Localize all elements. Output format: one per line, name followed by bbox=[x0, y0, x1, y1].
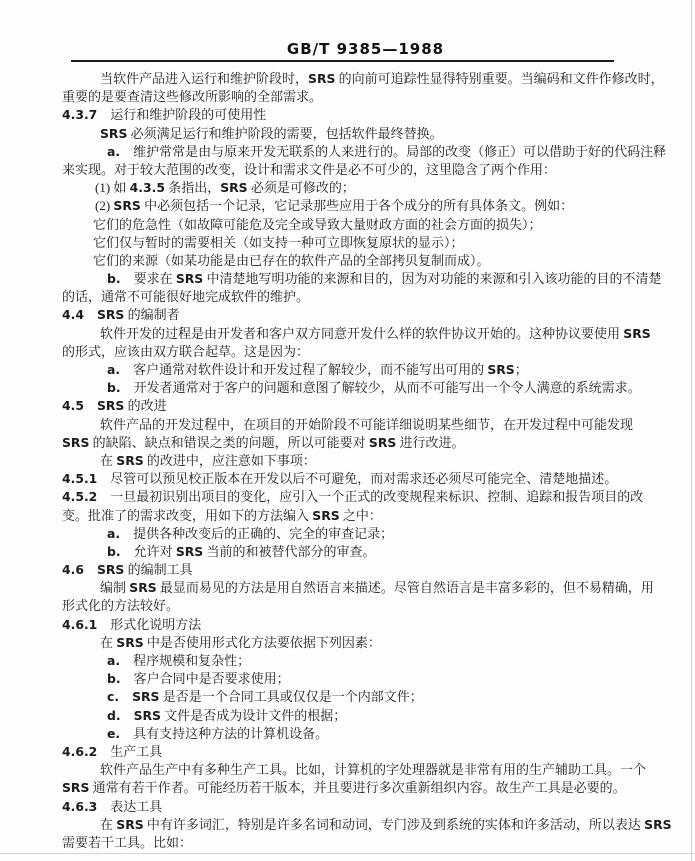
bold-text-run: a. bbox=[107, 362, 120, 377]
bold-text-run: SRS bbox=[369, 435, 396, 450]
text-line: 软件产品的开发过程中，在项目的开始阶段不可能详细说明某些细节，在开发过程中可能发… bbox=[62, 416, 622, 434]
text-run bbox=[121, 708, 134, 723]
text-line: 4.3.7 运行和维护阶段的可使用性 bbox=[62, 106, 622, 124]
text-line: (2) SRS 中必须包括一个记录，它记录那些应用于各个成分的所有具体条文。例如… bbox=[62, 197, 622, 215]
text-line: a. 程序规模和复杂性； bbox=[62, 652, 622, 670]
text-line: 它们的危急性（如故障可能危及完全或导致大量财政方面的社会方面的损失）； bbox=[62, 216, 622, 234]
header-divider-rule bbox=[71, 60, 614, 62]
text-run: 它们的危急性（如故障可能危及完全或导致大量财政方面的社会方面的损失）； bbox=[93, 217, 542, 232]
bold-text-run: SRS bbox=[487, 362, 514, 377]
bold-text-run: 4.6.2 bbox=[62, 744, 97, 759]
text-line: SRS 的缺陷、缺点和错误之类的问题，所以可能要对 SRS 进行改进。 bbox=[62, 434, 622, 452]
bold-text-run: 4.6.1 bbox=[62, 617, 97, 632]
text-line: c. SRS 是否是一个合同工具或仅仅是一个内部文件； bbox=[62, 688, 622, 706]
bold-text-run: SRS bbox=[62, 435, 89, 450]
text-run: 需要若干工具。比如： bbox=[62, 835, 192, 850]
text-run: 的形式，应该由双方联合起草。这是因为： bbox=[62, 344, 309, 359]
text-line: 的形式，应该由双方联合起草。这是因为： bbox=[62, 343, 622, 361]
text-run: 形式化说明方法 bbox=[97, 617, 201, 632]
text-line: 4.6.1 形式化说明方法 bbox=[62, 616, 622, 634]
text-line: e. 具有支持这种方法的计算机设备。 bbox=[62, 725, 622, 743]
bold-text-run: SRS bbox=[100, 126, 127, 141]
bold-text-run: 4.3.5 bbox=[130, 180, 165, 195]
text-run bbox=[84, 307, 97, 322]
text-run: 软件产品的开发过程中，在项目的开始阶段不可能详细说明某些细节，在开发过程中可能发… bbox=[100, 417, 633, 432]
text-line: SRS 必须满足运行和维护阶段的需要，包括软件最终替换。 bbox=[62, 125, 622, 143]
bold-text-run: SRS bbox=[62, 780, 89, 795]
text-run: ； bbox=[515, 362, 528, 377]
bold-text-run: 4.5.2 bbox=[62, 489, 97, 504]
text-run bbox=[119, 689, 132, 704]
text-run: 一旦最初识别出项目的变化，应引入一个正式的改变规程来标识、控制、追踪和报告项目的… bbox=[97, 489, 643, 504]
text-line: 4.5 SRS 的改进 bbox=[62, 397, 622, 415]
bold-text-run: SRS bbox=[116, 453, 143, 468]
bold-text-run: b. bbox=[107, 544, 121, 559]
text-run: 当前的和被替代部分的审查。 bbox=[203, 544, 375, 559]
text-run: 尽管可以预见校正版本在开发以后不可避免，而对需求还必须尽可能完全、清楚地描述。 bbox=[97, 471, 617, 486]
text-run: 在 bbox=[100, 817, 116, 832]
bold-text-run: SRS bbox=[176, 544, 203, 559]
text-run: 中必须包括一个记录，它记录那些应用于各个成分的所有具体条文。例如： bbox=[141, 198, 573, 213]
text-run: 的改进 bbox=[124, 398, 166, 413]
text-run: 的缺陷、缺点和错误之类的问题，所以可能要对 bbox=[89, 435, 369, 450]
text-line: b. 开发者通常对于客户的问题和意图了解较少，从而不可能写出一个令人满意的系统需… bbox=[62, 379, 622, 397]
text-run: 中有许多词汇，特别是许多名词和动词，专门涉及到系统的实体和许多活动，所以表达 bbox=[144, 817, 645, 832]
text-run: 形式化的方法较好。 bbox=[62, 598, 179, 613]
bold-text-run: e. bbox=[107, 726, 120, 741]
text-line: 4.5.2 一旦最初识别出项目的变化，应引入一个正式的改变规程来标识、控制、追踪… bbox=[62, 488, 622, 506]
bold-text-run: 4.5 bbox=[62, 398, 84, 413]
bold-text-run: SRS bbox=[644, 817, 671, 832]
bold-text-run: SRS bbox=[176, 271, 203, 286]
page-scan-bottom-edge bbox=[0, 853, 695, 854]
bold-text-run: SRS bbox=[312, 508, 339, 523]
text-line: 形式化的方法较好。 bbox=[62, 597, 622, 615]
bold-text-run: SRS bbox=[623, 326, 650, 341]
text-run: 重要的是要查清这些修改所影响的全部需求。 bbox=[62, 89, 322, 104]
bold-text-run: SRS bbox=[308, 71, 335, 86]
text-line: 4.6.2 生产工具 bbox=[62, 743, 622, 761]
bold-text-run: a. bbox=[107, 144, 120, 159]
text-run: 具有支持这种方法的计算机设备。 bbox=[120, 726, 328, 741]
text-run: 生产工具 bbox=[97, 744, 162, 759]
text-run: 条指出， bbox=[165, 180, 220, 195]
text-run: 表达工具 bbox=[97, 799, 162, 814]
text-line: 来实现。对于较大范围的改变，设计和需求文件是必不可少的，这里隐含了两个作用： bbox=[62, 161, 622, 179]
text-run: 的编制工具 bbox=[124, 562, 192, 577]
document-page: { "header": { "doc_number": "GB/T 9385—1… bbox=[0, 0, 695, 861]
text-line: 软件产品生产中有多种生产工具。比如，计算机的字处理器就是非常有用的生产辅助工具。… bbox=[62, 761, 622, 779]
bold-text-run: d. bbox=[107, 708, 121, 723]
text-line: 在 SRS 中有许多词汇，特别是许多名词和动词，专门涉及到系统的实体和许多活动，… bbox=[62, 816, 622, 834]
text-line: 变。批准了的需求改变，用如下的方法编入 SRS 之中： bbox=[62, 507, 622, 525]
text-run: 文件是否成为设计文件的根据； bbox=[161, 708, 346, 723]
text-run: 客户通常对软件设计和开发过程了解较少，而不能写出可用的 bbox=[120, 362, 487, 377]
bold-text-run: a. bbox=[107, 526, 120, 541]
bold-text-run: SRS bbox=[97, 307, 124, 322]
bold-text-run: SRS bbox=[113, 198, 140, 213]
text-line: 软件开发的过程是由开发者和客户双方同意开发什么样的软件协议开始的。这种协议要使用… bbox=[62, 325, 622, 343]
bold-text-run: SRS bbox=[129, 580, 156, 595]
bold-text-run: 4.4 bbox=[62, 307, 84, 322]
bold-text-run: 4.6.3 bbox=[62, 799, 97, 814]
text-line: a. 客户通常对软件设计和开发过程了解较少，而不能写出可用的 SRS； bbox=[62, 361, 622, 379]
text-run: 是否是一个合同工具或仅仅是一个内部文件； bbox=[159, 689, 422, 704]
text-line: 重要的是要查清这些修改所影响的全部需求。 bbox=[62, 88, 622, 106]
text-line: 当软件产品进入运行和维护阶段时，SRS 的向前可追踪性显得特别重要。当编码和文件… bbox=[62, 70, 622, 88]
text-line: b. 要求在 SRS 中清楚地写明功能的来源和目的，因为对功能的来源和引入该功能… bbox=[62, 270, 622, 288]
page-scan-right-edge bbox=[691, 0, 692, 861]
text-run: 提供各种改变后的正确的、完全的审查记录； bbox=[120, 526, 393, 541]
text-line: 的话，通常不可能很好地完成软件的维护。 bbox=[62, 288, 622, 306]
text-run: 软件产品生产中有多种生产工具。比如，计算机的字处理器就是非常有用的生产辅助工具。… bbox=[100, 762, 646, 777]
text-run: 的向前可追踪性显得特别重要。当编码和文件作修改时， bbox=[335, 71, 663, 86]
text-run: 允许对 bbox=[121, 544, 176, 559]
text-run: 维护常常是由与原来开发无联系的人来进行的。局部的改变（修正）可以借助于好的代码注… bbox=[120, 144, 666, 159]
bold-text-run: b. bbox=[107, 271, 121, 286]
text-run: 中清楚地写明功能的来源和目的，因为对功能的来源和引入该功能的目的不清楚 bbox=[203, 271, 661, 286]
bold-text-run: b. bbox=[107, 671, 121, 686]
document-body-text: 当软件产品进入运行和维护阶段时，SRS 的向前可追踪性显得特别重要。当编码和文件… bbox=[62, 70, 622, 852]
text-line: 4.6 SRS 的编制工具 bbox=[62, 561, 622, 579]
text-run: (2) bbox=[95, 198, 113, 213]
text-line: 4.5.1 尽管可以预见校正版本在开发以后不可避免，而对需求还必须尽可能完全、清… bbox=[62, 470, 622, 488]
text-run: 变。批准了的需求改变，用如下的方法编入 bbox=[62, 508, 312, 523]
text-line: 4.6.3 表达工具 bbox=[62, 798, 622, 816]
text-run bbox=[84, 398, 97, 413]
text-run: 在 bbox=[100, 453, 116, 468]
text-run: 程序规模和复杂性； bbox=[120, 653, 250, 668]
text-line: 在 SRS 中是否使用形式化方法要依据下列因素： bbox=[62, 634, 622, 652]
bold-text-run: 4.3.7 bbox=[62, 107, 97, 122]
text-run: 当软件产品进入运行和维护阶段时， bbox=[100, 71, 308, 86]
bold-text-run: SRS bbox=[220, 180, 247, 195]
text-line: SRS 通常有若干作者。可能经历若干版本，并且要进行多次重新组织内容。故生产工具… bbox=[62, 779, 622, 797]
bold-text-run: 4.5.1 bbox=[62, 471, 97, 486]
text-line: 在 SRS 的改进中，应注意如下事项： bbox=[62, 452, 622, 470]
bold-text-run: SRS bbox=[116, 635, 143, 650]
text-run: 的编制者 bbox=[124, 307, 179, 322]
doc-number-header: GB/T 9385—1988 bbox=[0, 40, 695, 58]
text-run: 客户合同中是否要求使用； bbox=[121, 671, 290, 686]
text-run: (1) 如 bbox=[95, 180, 130, 195]
bold-text-run: b. bbox=[107, 380, 121, 395]
text-run: 在 bbox=[100, 635, 116, 650]
text-line: 它们仅与暂时的需要相关（如支持一种可立即恢复原状的显示）； bbox=[62, 234, 622, 252]
text-run: 最显而易见的方法是用自然语言来描述。尽管自然语言是丰富多彩的，但不易精确，用 bbox=[157, 580, 654, 595]
bold-text-run: a. bbox=[107, 653, 120, 668]
text-run: 它们仅与暂时的需要相关（如支持一种可立即恢复原状的显示）； bbox=[93, 235, 464, 250]
bold-text-run: SRS bbox=[134, 708, 161, 723]
text-line: d. SRS 文件是否成为设计文件的根据； bbox=[62, 707, 622, 725]
bold-text-run: 4.6 bbox=[62, 562, 84, 577]
text-run: 中是否使用形式化方法要依据下列因素： bbox=[144, 635, 381, 650]
text-line: 编制 SRS 最显而易见的方法是用自然语言来描述。尽管自然语言是丰富多彩的，但不… bbox=[62, 579, 622, 597]
text-run: 之中： bbox=[340, 508, 382, 523]
text-line: b. 客户合同中是否要求使用； bbox=[62, 670, 622, 688]
text-run: 必须是可修改的； bbox=[248, 180, 355, 195]
text-run: 它们的来源（如某功能是由已存在的软件产品的全部拷贝复制而成）。 bbox=[93, 253, 490, 268]
text-run: 编制 bbox=[100, 580, 129, 595]
text-run: 软件开发的过程是由开发者和客户双方同意开发什么样的软件协议开始的。这种协议要使用 bbox=[100, 326, 623, 341]
text-run: 通常有若干作者。可能经历若干版本，并且要进行多次重新组织内容。故生产工具是必要的… bbox=[89, 780, 625, 795]
text-line: (1) 如 4.3.5 条指出，SRS 必须是可修改的； bbox=[62, 179, 622, 197]
text-line: b. 允许对 SRS 当前的和被替代部分的审查。 bbox=[62, 543, 622, 561]
bold-text-run: SRS bbox=[132, 689, 159, 704]
text-run: 开发者通常对于客户的问题和意图了解较少，从而不可能写出一个令人满意的系统需求。 bbox=[121, 380, 641, 395]
text-line: a. 维护常常是由与原来开发无联系的人来进行的。局部的改变（修正）可以借助于好的… bbox=[62, 143, 622, 161]
text-run: 的话，通常不可能很好地完成软件的维护。 bbox=[62, 289, 309, 304]
text-run: 运行和维护阶段的可使用性 bbox=[97, 107, 266, 122]
bold-text-run: SRS bbox=[97, 562, 124, 577]
bold-text-run: SRS bbox=[97, 398, 124, 413]
text-line: 4.4 SRS 的编制者 bbox=[62, 306, 622, 324]
text-line: 它们的来源（如某功能是由已存在的软件产品的全部拷贝复制而成）。 bbox=[62, 252, 622, 270]
bold-text-run: c. bbox=[107, 689, 119, 704]
text-run: 的改进中，应注意如下事项： bbox=[144, 453, 316, 468]
text-run: 进行改进。 bbox=[396, 435, 464, 450]
bold-text-run: SRS bbox=[116, 817, 143, 832]
text-line: a. 提供各种改变后的正确的、完全的审查记录； bbox=[62, 525, 622, 543]
text-line: 需要若干工具。比如： bbox=[62, 834, 622, 852]
text-run: 来实现。对于较大范围的改变，设计和需求文件是必不可少的，这里隐含了两个作用： bbox=[62, 162, 556, 177]
text-run: 要求在 bbox=[121, 271, 176, 286]
text-run: 必须满足运行和维护阶段的需要，包括软件最终替换。 bbox=[127, 126, 442, 141]
text-run bbox=[84, 562, 97, 577]
